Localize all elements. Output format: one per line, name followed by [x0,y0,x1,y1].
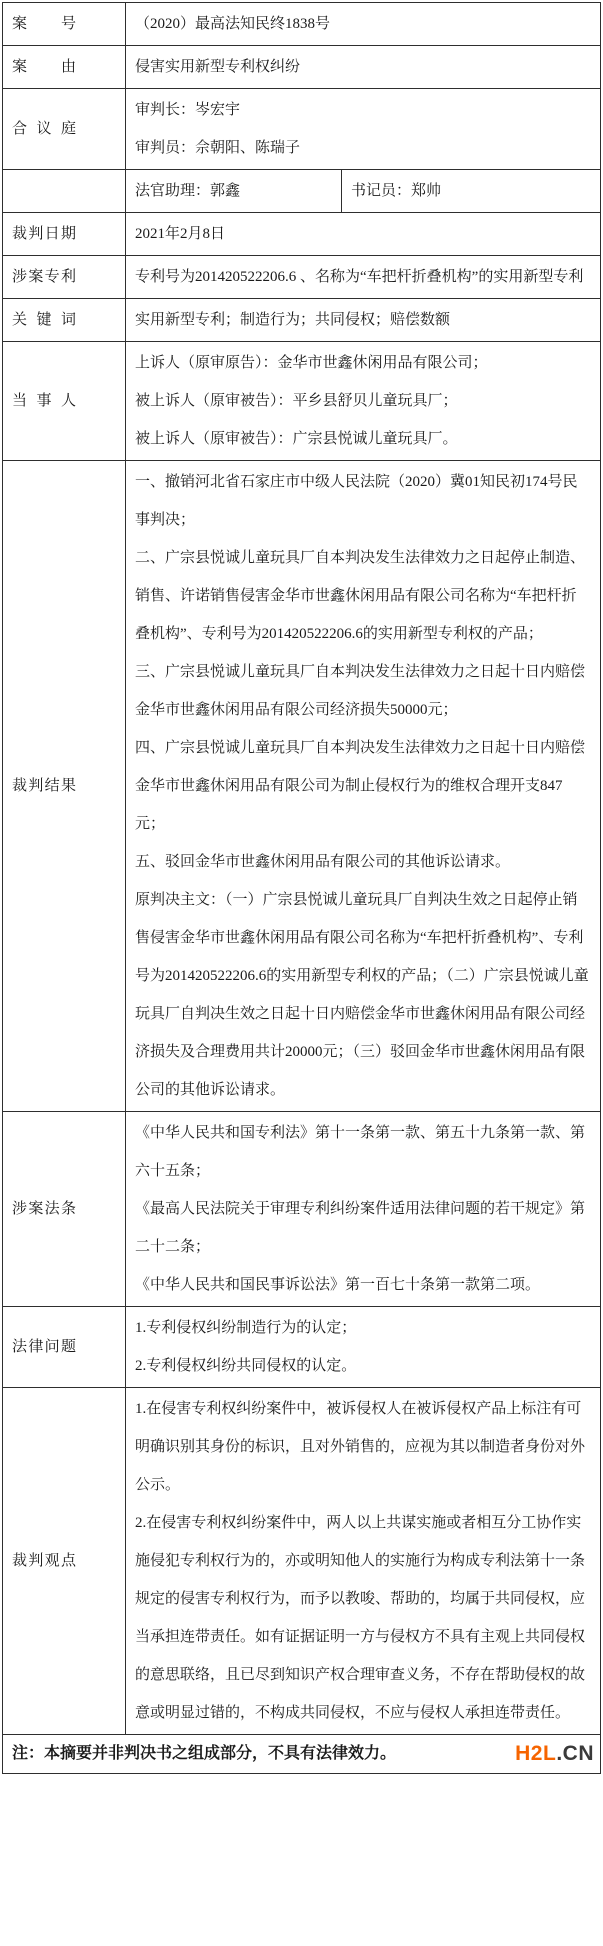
row-keywords: 关键词 实用新型专利；制造行为；共同侵权；赔偿数额 [3,299,601,342]
cause-value: 侵害实用新型专利权纠纷 [126,46,601,89]
opinion-item-1: 1.在侵害专利权纠纷案件中，被诉侵权人在被诉侵权产品上标注有可明确识别其身份的标… [135,1390,591,1504]
judges: 审判员：佘朝阳、陈瑞子 [135,129,591,167]
patent-label-cell: 涉案专利 [3,256,126,299]
panel-label-cell: 合议庭 [3,89,126,170]
cause-label-cell: 案由 [3,46,126,89]
law-item-3: 《中华人民共和国民事诉讼法》第一百七十条第一款第二项。 [135,1266,591,1304]
result-item-4: 四、广宗县悦诚儿童玩具厂自本判决发生法律效力之日起十日内赔偿金华市世鑫休闲用品有… [135,729,591,843]
row-cause: 案由 侵害实用新型专利权纠纷 [3,46,601,89]
row-footer-note: 注：本摘要并非判决书之组成部分，不具有法律效力。 H2L.CN [3,1735,601,1774]
judge-assistant: 法官助理：郭鑫 [126,170,342,213]
parties-cell: 上诉人（原审原告）：金华市世鑫休闲用品有限公司； 被上诉人（原审被告）：平乡县舒… [126,342,601,461]
patent-label: 涉案专利 [12,258,76,296]
case-number-label-cell: 案号 [3,3,126,46]
row-result: 裁判结果 一、撤销河北省石家庄市中级人民法院（2020）冀01知民初174号民事… [3,461,601,1112]
judgment-date-value: 2021年2月8日 [126,213,601,256]
h2l-logo: H2L.CN [515,1737,594,1771]
row-laws: 涉案法条 《中华人民共和国专利法》第十一条第一款、第五十九条第一款、第六十五条；… [3,1112,601,1307]
case-number-label: 案号 [12,5,76,43]
party-appellee-2: 被上诉人（原审被告）：广宗县悦诚儿童玩具厂。 [135,420,591,458]
keywords-label: 关键词 [12,301,76,339]
court-clerk: 书记员：郑帅 [342,170,601,213]
keywords-value: 实用新型专利；制造行为；共同侵权；赔偿数额 [126,299,601,342]
patent-value: 专利号为201420522206.6 、名称为“车把杆折叠机构”的实用新型专利 [126,256,601,299]
result-cell: 一、撤销河北省石家庄市中级人民法院（2020）冀01知民初174号民事判决； 二… [126,461,601,1112]
opinion-item-2: 2.在侵害专利权纠纷案件中，两人以上共谋实施或者相互分工协作实施侵犯专利权行为的… [135,1504,591,1732]
result-item-5: 五、驳回金华市世鑫休闲用品有限公司的其他诉讼请求。 [135,843,591,881]
result-item-3: 三、广宗县悦诚儿童玩具厂自本判决发生法律效力之日起十日内赔偿金华市世鑫休闲用品有… [135,653,591,729]
cause-label: 案由 [12,48,76,86]
h2l-logo-suffix: .CN [556,1742,594,1765]
row-case-number: 案号 （2020）最高法知民终1838号 [3,3,601,46]
issue-item-1: 1.专利侵权纠纷制造行为的认定； [135,1309,591,1347]
presiding-judge: 审判长：岑宏宇 [135,91,591,129]
disclaimer-note: 注：本摘要并非判决书之组成部分，不具有法律效力。 [12,1737,396,1771]
row-panel: 合议庭 审判长：岑宏宇 审判员：佘朝阳、陈瑞子 [3,89,601,170]
laws-label: 涉案法条 [12,1190,76,1228]
result-original-judgment: 原判决主文：（一）广宗县悦诚儿童玩具厂自判决生效之日起停止销售侵害金华市世鑫休闲… [135,881,591,1109]
row-panel-staff: 法官助理：郭鑫 书记员：郑帅 [3,170,601,213]
case-number-value: （2020）最高法知民终1838号 [126,3,601,46]
opinions-label-cell: 裁判观点 [3,1388,126,1735]
laws-label-cell: 涉案法条 [3,1112,126,1307]
judgment-abstract-document: 案号 （2020）最高法知民终1838号 案由 侵害实用新型专利权纠纷 合议庭 … [0,0,603,1785]
issue-item-2: 2.专利侵权纠纷共同侵权的认定。 [135,1347,591,1385]
panel-staff-empty-label-cell [3,170,126,213]
opinions-label: 裁判观点 [12,1542,76,1580]
panel-label: 合议庭 [12,110,76,148]
result-label: 裁判结果 [12,767,76,805]
result-item-2: 二、广宗县悦诚儿童玩具厂自本判决发生法律效力之日起停止制造、销售、许诺销售侵害金… [135,539,591,653]
issues-label: 法律问题 [12,1328,76,1366]
laws-cell: 《中华人民共和国专利法》第十一条第一款、第五十九条第一款、第六十五条； 《最高人… [126,1112,601,1307]
row-judgment-date: 裁判日期 2021年2月8日 [3,213,601,256]
panel-judges-cell: 审判长：岑宏宇 审判员：佘朝阳、陈瑞子 [126,89,601,170]
result-item-1: 一、撤销河北省石家庄市中级人民法院（2020）冀01知民初174号民事判决； [135,463,591,539]
parties-label-cell: 当事人 [3,342,126,461]
footer-note-wrap: 注：本摘要并非判决书之组成部分，不具有法律效力。 H2L.CN [12,1737,594,1771]
law-item-1: 《中华人民共和国专利法》第十一条第一款、第五十九条第一款、第六十五条； [135,1114,591,1190]
row-issues: 法律问题 1.专利侵权纠纷制造行为的认定； 2.专利侵权纠纷共同侵权的认定。 [3,1307,601,1388]
date-label-cell: 裁判日期 [3,213,126,256]
parties-label: 当事人 [12,382,76,420]
issues-label-cell: 法律问题 [3,1307,126,1388]
case-summary-table: 案号 （2020）最高法知民终1838号 案由 侵害实用新型专利权纠纷 合议庭 … [2,2,601,1774]
date-label: 裁判日期 [12,215,76,253]
party-appellant: 上诉人（原审原告）：金华市世鑫休闲用品有限公司； [135,344,591,382]
party-appellee-1: 被上诉人（原审被告）：平乡县舒贝儿童玩具厂； [135,382,591,420]
law-item-2: 《最高人民法院关于审理专利纠纷案件适用法律问题的若干规定》第二十二条； [135,1190,591,1266]
result-label-cell: 裁判结果 [3,461,126,1112]
issues-cell: 1.专利侵权纠纷制造行为的认定； 2.专利侵权纠纷共同侵权的认定。 [126,1307,601,1388]
row-parties: 当事人 上诉人（原审原告）：金华市世鑫休闲用品有限公司； 被上诉人（原审被告）：… [3,342,601,461]
opinions-cell: 1.在侵害专利权纠纷案件中，被诉侵权人在被诉侵权产品上标注有可明确识别其身份的标… [126,1388,601,1735]
keywords-label-cell: 关键词 [3,299,126,342]
footer-note-cell: 注：本摘要并非判决书之组成部分，不具有法律效力。 H2L.CN [3,1735,601,1774]
row-opinions: 裁判观点 1.在侵害专利权纠纷案件中，被诉侵权人在被诉侵权产品上标注有可明确识别… [3,1388,601,1735]
row-patent: 涉案专利 专利号为201420522206.6 、名称为“车把杆折叠机构”的实用… [3,256,601,299]
h2l-logo-primary: H2L [515,1742,556,1765]
